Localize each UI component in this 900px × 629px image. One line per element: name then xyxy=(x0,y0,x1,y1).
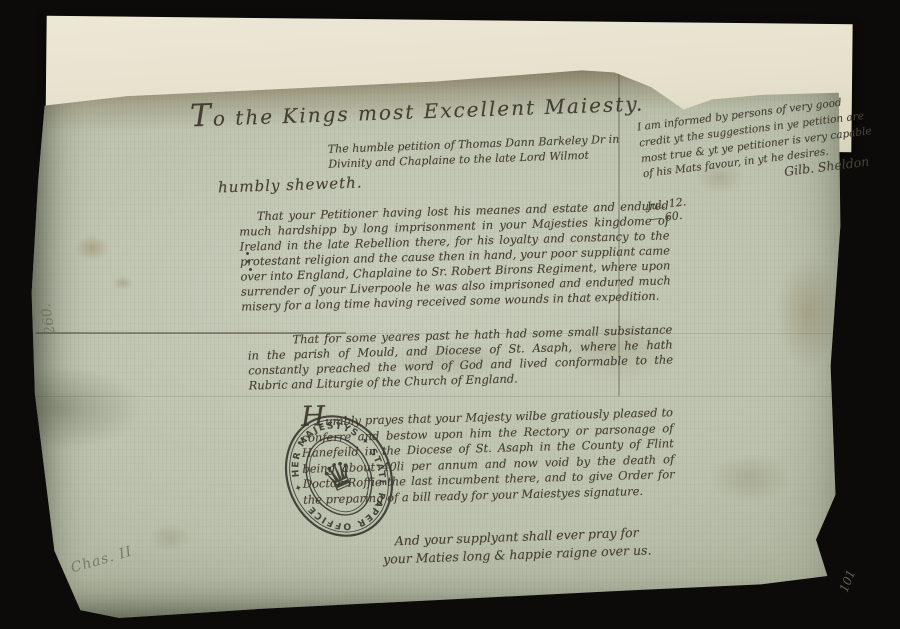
petition-paragraph-1: That your Petitioner having lost his mea… xyxy=(239,198,672,314)
petition-paragraph-2: That for some yeares past he hath had so… xyxy=(247,322,673,393)
archival-number-right: 101 xyxy=(837,568,859,594)
crown-icon: ♛ xyxy=(315,450,362,503)
photograph-background: To the Kings most Excellent Maiesty. The… xyxy=(0,0,900,629)
